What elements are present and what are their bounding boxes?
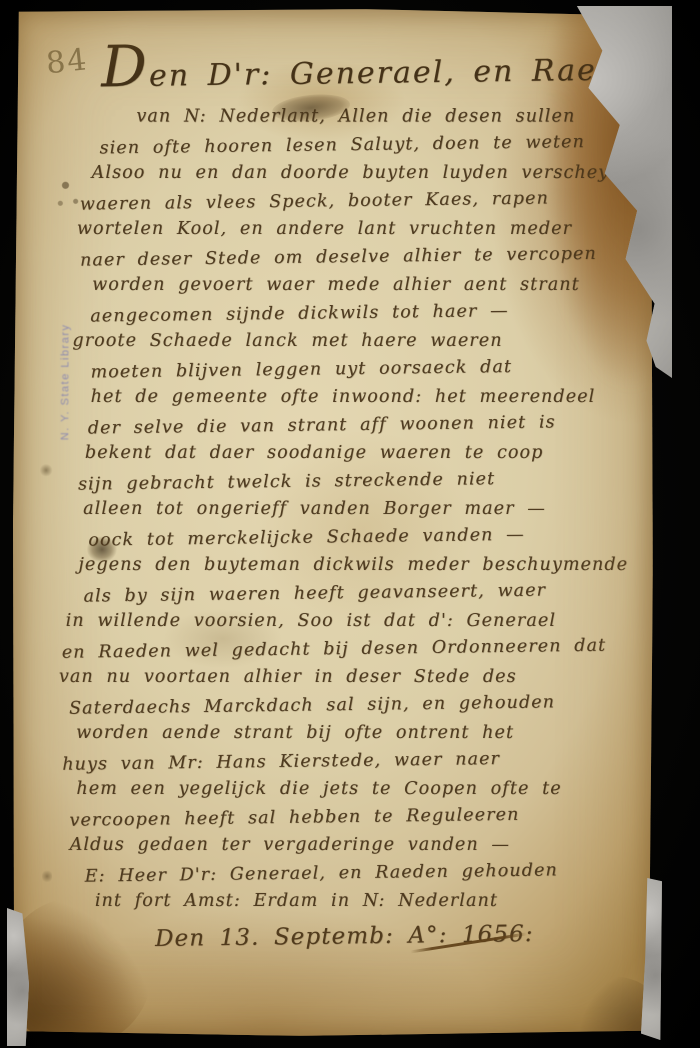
manuscript-line: als by sijn waeren heeft geavanseert, wa…: [83, 575, 653, 610]
photo-background: 84 N. Y. State Library Den D'r: Generael…: [0, 0, 700, 1048]
manuscript-line: vercoopen heeft sal hebben te Reguleeren: [69, 799, 654, 835]
manuscript-line: jegens den buyteman dickwils meder besch…: [78, 551, 653, 579]
manuscript-line: wortelen Kool, en andere lant vruchten m…: [77, 215, 652, 243]
manuscript-line: der selve die van strant aff woonen niet…: [88, 407, 653, 442]
manuscript-line: groote Schaede lanck met haere waeren: [72, 327, 652, 355]
manuscript-line: en Raeden wel gedacht bij desen Ordonnee…: [62, 631, 654, 667]
manuscript-line: sien ofte hooren lesen Saluyt, doen te w…: [99, 127, 651, 162]
manuscript-line: oock tot merckelijcke Schaede vanden —: [88, 519, 653, 554]
manuscript-line: bekent dat daer soodanige waeren te coop: [85, 439, 653, 467]
manuscript-line: van nu voortaen alhier in deser Stede de…: [59, 663, 654, 691]
manuscript-line: van N: Nederlant, Allen die desen sullen: [136, 103, 651, 131]
manuscript-line: huys van Mr: Hans Kierstede, waer naer: [62, 743, 654, 779]
manuscript-line: E: Heer D'r: Generael, en Raeden gehoude…: [85, 855, 655, 890]
manuscript-line: Aldus gedaen ter vergaderinge vanden —: [70, 831, 655, 859]
manuscript-line: Saterdaechs Marckdach sal sijn, en gehou…: [69, 687, 654, 723]
manuscript-line: worden aende strant bij ofte ontrent het: [76, 719, 654, 747]
manuscript-line: sijn gebracht twelck is streckende niet: [78, 463, 653, 499]
manuscript-line: Alsoo nu en dan doorde buyten luyden ver…: [92, 159, 652, 187]
manuscript-line: naer deser Stede om deselve alhier te ve…: [80, 239, 652, 274]
manuscript-line: worden gevoert waer mede alhier aent str…: [92, 271, 652, 299]
manuscript-date-line: Den 13. Septemb: A°: 1656:: [155, 911, 656, 960]
manuscript-line: waeren als vlees Speck, booter Kaes, rap…: [80, 183, 652, 218]
manuscript-line: alleen tot ongerieff vanden Borger maer …: [83, 495, 653, 523]
manuscript-line: aengecomen sijnde dickwils tot haer —: [90, 295, 652, 330]
manuscript-line: int fort Amst: Erdam in N: Nederlant: [95, 887, 655, 915]
manuscript-line: moeten blijven leggen uyt oorsaeck dat: [90, 351, 652, 386]
manuscript-heading-line: Den D'r: Generael, en Raeden: [101, 31, 652, 106]
manuscript-line: in willende voorsien, Soo ist dat d': Ge…: [66, 607, 654, 635]
manuscript-text: Den D'r: Generael, en Raedenvan N: Neder…: [11, 34, 655, 959]
manuscript-line: het de gemeente ofte inwoond: het meeren…: [91, 383, 653, 411]
manuscript-page: 84 N. Y. State Library Den D'r: Generael…: [12, 8, 655, 1037]
manuscript-line: hem een yegelijck die jets te Coopen oft…: [76, 775, 654, 803]
